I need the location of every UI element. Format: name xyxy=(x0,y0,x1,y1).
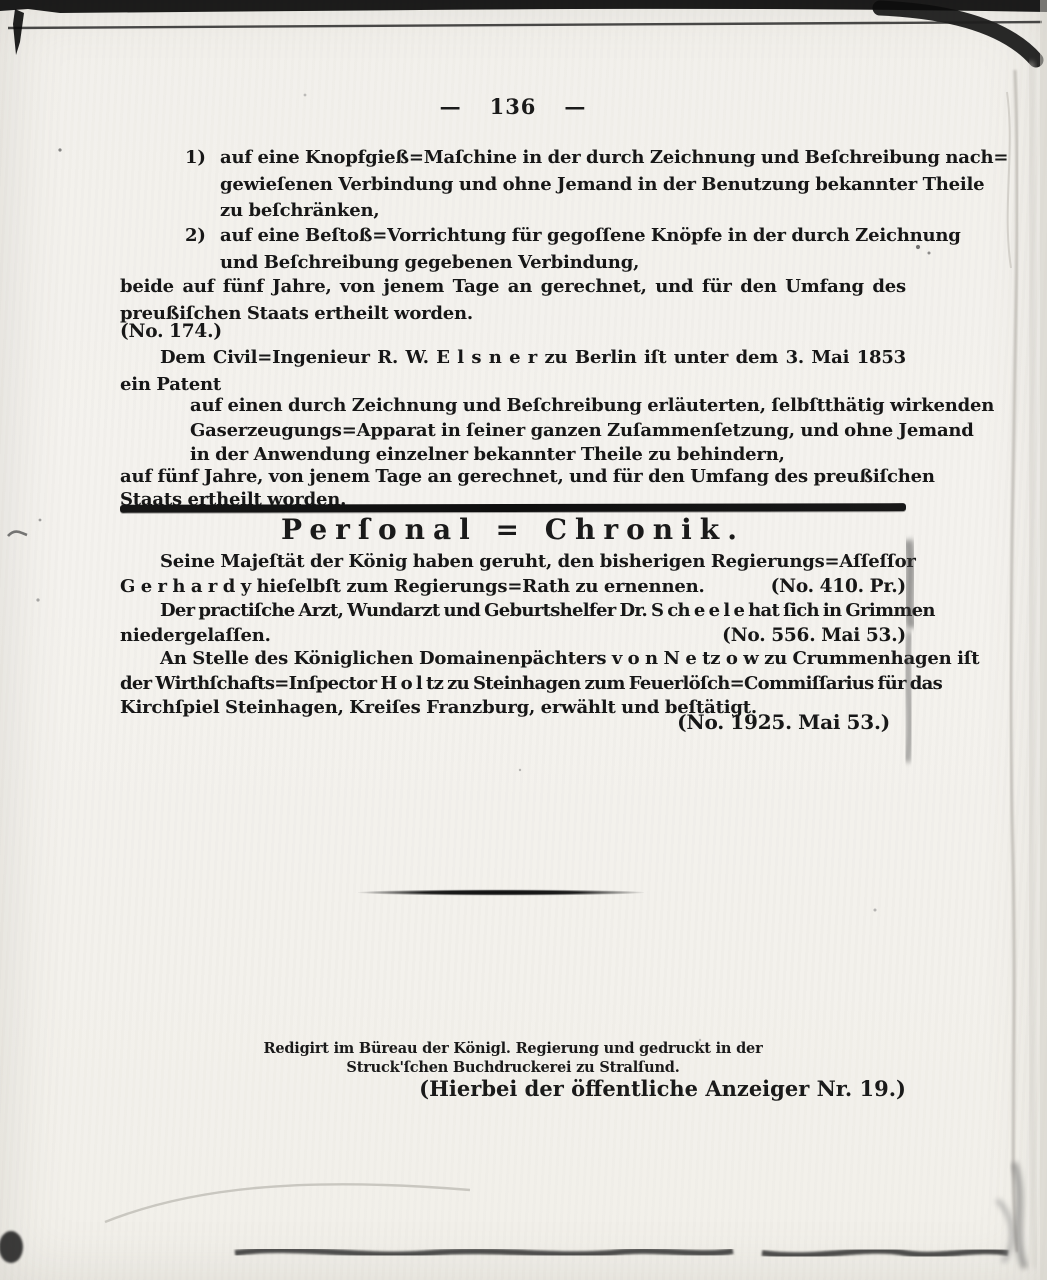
claim-1-line: zu beſchränken, xyxy=(220,198,906,225)
closing-line: beide auf fünf Jahre, von jenem Tage an … xyxy=(120,274,906,301)
scanned-document-page: — 136 — 1) auf eine Knopfgieß=Maſchine i… xyxy=(0,0,1047,1280)
subject-line: Gaserzeugungs=Apparat in ſeiner ganzen Z… xyxy=(190,419,906,444)
imprint-line-3: (Hierbei der öffentliche Anzeiger Nr. 19… xyxy=(120,1076,906,1101)
imprint-line-2: Struck'ſchen Buchdruckerei zu Stralſund. xyxy=(120,1059,906,1076)
ref-number: (No. 410. Pr.) xyxy=(771,574,906,599)
entry-line: An Stelle des Königlichen Domainenpächte… xyxy=(120,647,906,672)
top-left-wedge xyxy=(13,9,24,55)
chronik-entry-2: Der practiſche Arzt, Wundarzt und Geburt… xyxy=(120,598,906,648)
page-number-dash-left: — xyxy=(440,94,462,119)
patent-grant-paragraph: Dem Civil=Ingenieur R. W. E l s n e r zu… xyxy=(120,345,906,398)
page-number-dash-right: — xyxy=(564,94,586,119)
claim-2-line: und Beſchreibung gegebenen Verbindung, xyxy=(220,250,906,277)
entry-line: der Wirthſchafts=Inſpector H o l tz zu S… xyxy=(120,672,906,697)
page-number-line: — 136 — xyxy=(120,94,906,119)
ref-number: (No. 174.) xyxy=(120,321,222,342)
patent-closing-1: beide auf fünf Jahre, von jenem Tage an … xyxy=(120,274,906,327)
patent-ref-174: (No. 174.) xyxy=(120,321,906,342)
patent-claim-1: 1) auf eine Knopfgieß=Maſchine in der du… xyxy=(185,145,906,225)
closing-line: auf fünf Jahre, von jenem Tage an gerech… xyxy=(120,465,906,488)
bottom-left-blob xyxy=(0,1231,23,1263)
chronik-entry-1: Seine Majeſtät der König haben geruht, d… xyxy=(120,549,906,599)
footer-divider-rule xyxy=(358,889,644,896)
section-heading: Perſonal = Chronik. xyxy=(120,513,906,546)
grant-line: Dem Civil=Ingenieur R. W. E l s n e r zu… xyxy=(120,345,906,372)
claim-2-line: auf eine Beſtoß=Vorrichtung für gegoſſen… xyxy=(220,223,906,250)
page-number: 136 xyxy=(490,94,537,119)
margin-squiggle xyxy=(8,532,27,536)
chronik-entry-3-ref: (No. 1925. Mai 53.) xyxy=(120,710,906,734)
claim-1-line: gewieſenen Verbindung und ohne Jemand in… xyxy=(220,172,906,199)
page-text-block: — 136 — 1) auf eine Knopfgieß=Maſchine i… xyxy=(120,0,906,1280)
bottom-right-smudge xyxy=(1014,1163,1025,1268)
claim-1-line: auf eine Knopfgieß=Maſchine in der durch… xyxy=(220,145,906,172)
patent-subject: auf einen durch Zeichnung und Beſchreibu… xyxy=(190,394,906,468)
ref-number: (No. 1925. Mai 53.) xyxy=(677,710,890,734)
subject-line: in der Anwendung einzelner bekannter The… xyxy=(190,443,906,468)
claim-2-marker: 2) xyxy=(185,223,206,250)
ref-number: (No. 556. Mai 53.) xyxy=(722,623,906,648)
entry-line: G e r h a r d y hieſelbſt zum Regierungs… xyxy=(120,574,705,599)
subject-line: auf einen durch Zeichnung und Beſchreibu… xyxy=(190,394,906,419)
right-crease xyxy=(1011,70,1017,1252)
claim-1-marker: 1) xyxy=(185,145,206,172)
patent-claim-2: 2) auf eine Beſtoß=Vorrichtung für gegoſ… xyxy=(185,223,906,276)
imprint-line-1: Redigirt im Büreau der Königl. Regierung… xyxy=(120,1040,906,1057)
entry-line: niedergelaſſen. xyxy=(120,623,271,648)
entry-line: Seine Majeſtät der König haben geruht, d… xyxy=(120,549,906,574)
entry-line: Der practiſche Arzt, Wundarzt und Geburt… xyxy=(120,598,906,623)
